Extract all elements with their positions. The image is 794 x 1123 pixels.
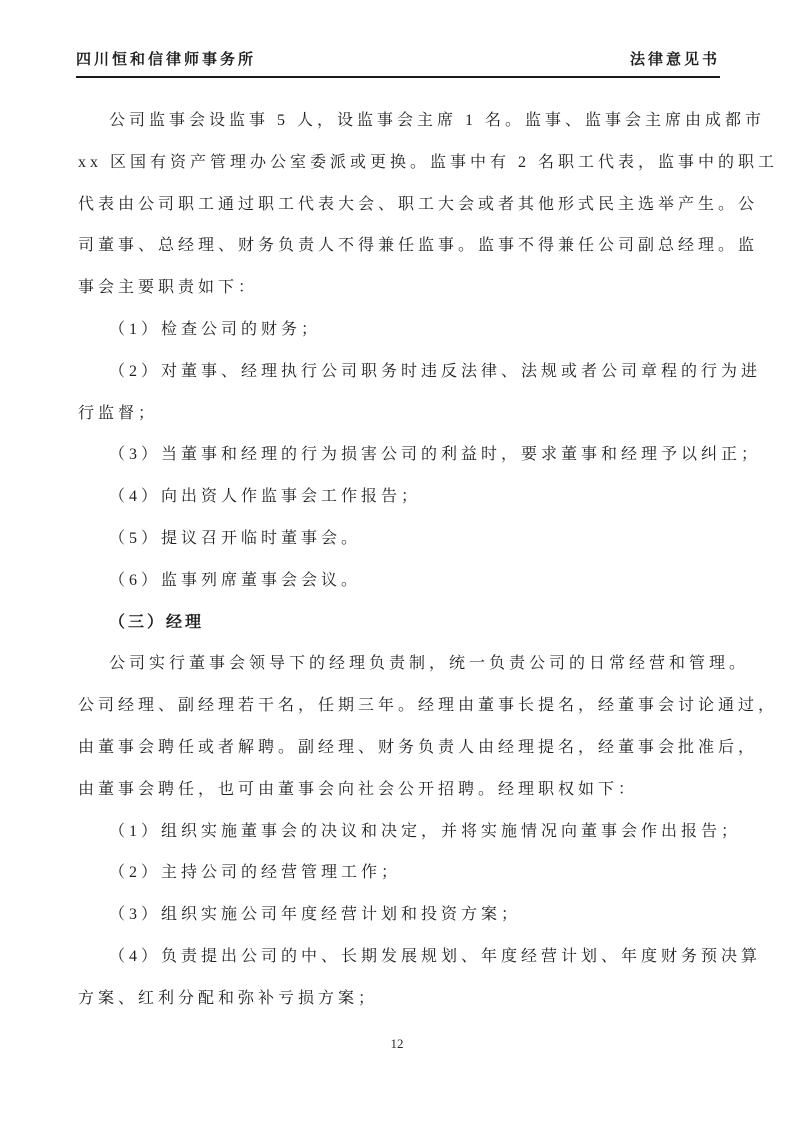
text-line: 行监督； [78, 393, 720, 435]
text-line: （1）检查公司的财务； [78, 309, 720, 351]
text-line: 方案、红利分配和弥补亏损方案； [78, 978, 720, 1020]
document-body: 公司监事会设监事 5 人，设监事会主席 1 名。监事、监事会主席由成都市xx 区… [78, 100, 720, 1020]
text-line: （4）负责提出公司的中、长期发展规划、年度经营计划、年度财务预决算 [78, 936, 720, 978]
header-firm-name: 四川恒和信律师事务所 [76, 48, 256, 69]
text-line: 事会主要职责如下： [78, 267, 720, 309]
text-line: 公司实行董事会领导下的经理负责制，统一负责公司的日常经营和管理。 [78, 643, 720, 685]
text-line: （5）提议召开临时董事会。 [78, 518, 720, 560]
header-doc-type: 法律意见书 [630, 48, 720, 69]
text-line: （3）组织实施公司年度经营计划和投资方案； [78, 894, 720, 936]
text-line: （6）监事列席董事会会议。 [78, 560, 720, 602]
text-line: 公司监事会设监事 5 人，设监事会主席 1 名。监事、监事会主席由成都市 [78, 100, 720, 142]
document-page: 四川恒和信律师事务所 法律意见书 公司监事会设监事 5 人，设监事会主席 1 名… [0, 0, 794, 1123]
text-line: （2）对董事、经理执行公司职务时违反法律、法规或者公司章程的行为进 [78, 351, 720, 393]
text-line: （3）当董事和经理的行为损害公司的利益时，要求董事和经理予以纠正； [78, 434, 720, 476]
text-line: 由董事会聘任或者解聘。副经理、财务负责人由经理提名，经董事会批准后， [78, 727, 720, 769]
section-heading: （三）经理 [78, 602, 720, 644]
page-header: 四川恒和信律师事务所 法律意见书 [76, 48, 720, 78]
text-line: 公司经理、副经理若干名，任期三年。经理由董事长提名，经董事会讨论通过， [78, 685, 720, 727]
text-line: xx 区国有资产管理办公室委派或更换。监事中有 2 名职工代表，监事中的职工 [78, 142, 720, 184]
page-number: 12 [391, 1036, 404, 1051]
text-line: （1）组织实施董事会的决议和决定，并将实施情况向董事会作出报告； [78, 811, 720, 853]
text-line: 司董事、总经理、财务负责人不得兼任监事。监事不得兼任公司副总经理。监 [78, 225, 720, 267]
text-line: 代表由公司职工通过职工代表大会、职工大会或者其他形式民主选举产生。公 [78, 184, 720, 226]
text-line: （4）向出资人作监事会工作报告； [78, 476, 720, 518]
page-footer: 12 [0, 1036, 794, 1052]
text-line: （2）主持公司的经营管理工作； [78, 852, 720, 894]
text-line: 由董事会聘任，也可由董事会向社会公开招聘。经理职权如下： [78, 769, 720, 811]
